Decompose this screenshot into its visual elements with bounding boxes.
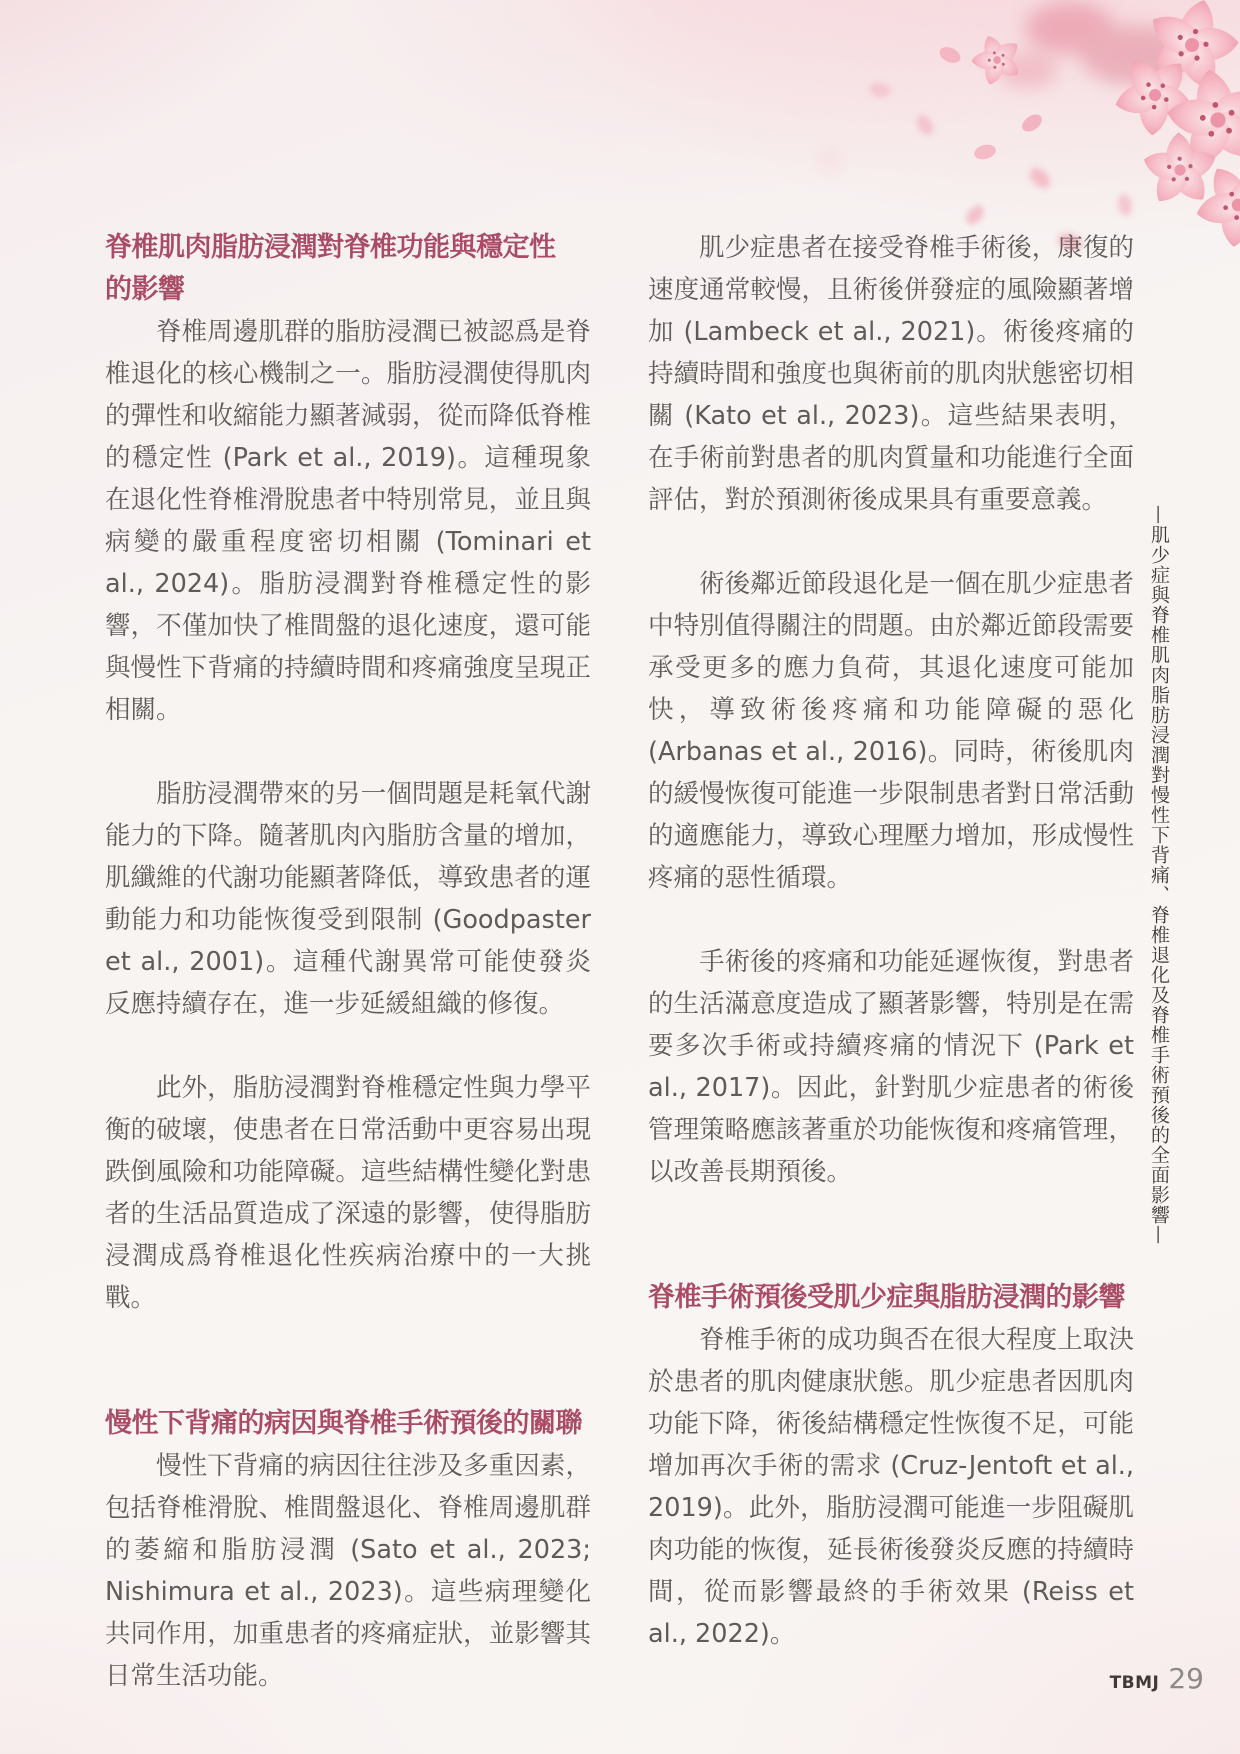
section-heading-low-back-pain-etiology: 慢性下背痛的病因與脊椎手術預後的關聯 <box>105 1403 591 1445</box>
page-number: 29 <box>1168 1662 1204 1695</box>
magazine-page: 脊椎肌肉脂肪浸潤對脊椎功能與穩定性的影響 脊椎周邊肌群的脂肪浸潤已被認爲是脊椎退… <box>0 0 1240 1754</box>
right-column: 肌少症患者在接受脊椎手術後，康復的速度通常較慢，且術後併發症的風險顯著增加 (L… <box>648 227 1134 1655</box>
paragraph: 術後鄰近節段退化是一個在肌少症患者中特別值得關注的問題。由於鄰近節段需要承受更多… <box>648 563 1134 899</box>
paragraph: 脂肪浸潤帶來的另一個問題是耗氧代謝能力的下降。隨著肌肉內脂肪含量的增加，肌纖維的… <box>105 773 591 1025</box>
page-footer: TBMJ 29 <box>1110 1662 1204 1695</box>
paragraph: 慢性下背痛的病因往往涉及多重因素，包括脊椎滑脫、椎間盤退化、脊椎周邊肌群的萎縮和… <box>105 1445 591 1697</box>
paragraph: 此外，脂肪浸潤對脊椎穩定性與力學平衡的破壞，使患者在日常活動中更容易出現跌倒風險… <box>105 1067 591 1319</box>
paragraph: 脊椎周邊肌群的脂肪浸潤已被認爲是脊椎退化的核心機制之一。脂肪浸潤使得肌肉的彈性和… <box>105 311 591 731</box>
paragraph: 手術後的疼痛和功能延遲恢復，對患者的生活滿意度造成了顯著影響，特別是在需要多次手… <box>648 941 1134 1193</box>
paragraph: 脊椎手術的成功與否在很大程度上取決於患者的肌肉健康狀態。肌少症患者因肌肉功能下降… <box>648 1319 1134 1655</box>
journal-abbreviation: TBMJ <box>1110 1673 1160 1693</box>
paragraph: 肌少症患者在接受脊椎手術後，康復的速度通常較慢，且術後併發症的風險顯著增加 (L… <box>648 227 1134 521</box>
section-heading-surgery-prognosis: 脊椎手術預後受肌少症與脂肪浸潤的影響 <box>648 1277 1134 1319</box>
left-column: 脊椎肌肉脂肪浸潤對脊椎功能與穩定性的影響 脊椎周邊肌群的脂肪浸潤已被認爲是脊椎退… <box>105 227 591 1697</box>
vertical-running-title: —肌少症與脊椎肌肉脂肪浸潤對慢性下背痛、脊椎退化及脊椎手術預後的全面影響— <box>1146 505 1173 1245</box>
section-heading-fat-infiltration-stability: 脊椎肌肉脂肪浸潤對脊椎功能與穩定性的影響 <box>105 227 570 311</box>
